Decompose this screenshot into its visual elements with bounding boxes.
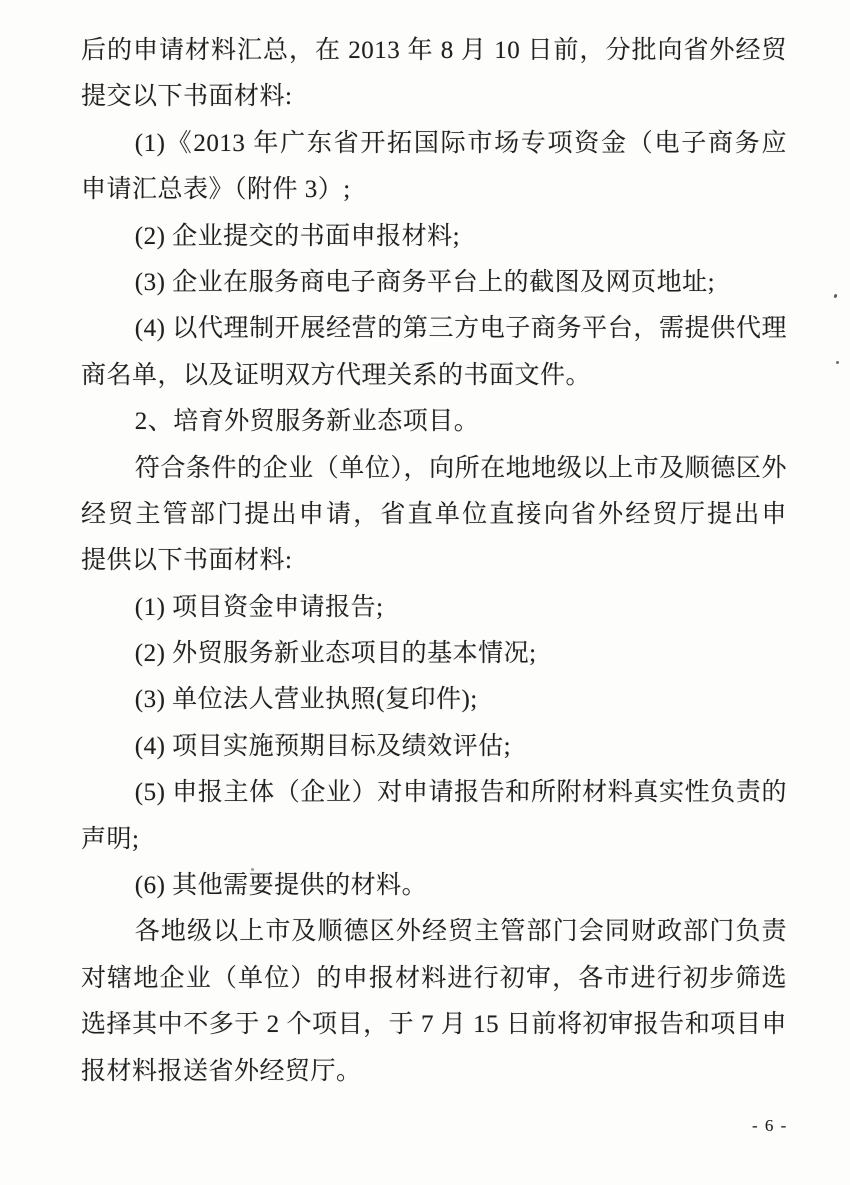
text-line: (3) 单位法人营业执照(复印件); <box>81 677 787 723</box>
scan-speck <box>251 868 254 871</box>
text-line: (5) 申报主体（企业）对申请报告和所附材料真实性负责的 <box>81 770 787 816</box>
scan-speck <box>833 294 837 299</box>
text-line: 选择其中不多于 2 个项目，于 7 月 15 日前将初审报告和项目申 <box>81 1002 787 1048</box>
text-line: 提交以下书面材料: <box>81 74 787 120</box>
text-line: 各地级以上市及顺德区外经贸主管部门会同财政部门负责 <box>81 909 787 955</box>
text-line: (6) 其他需要提供的材料。 <box>81 863 787 909</box>
text-line: 2、培育外贸服务新业态项目。 <box>81 399 787 445</box>
scan-speck <box>836 361 839 364</box>
document-body: 后的申请材料汇总，在 2013 年 8 月 10 日前，分批向省外经贸厅 提交以… <box>81 28 787 1095</box>
text-line: 符合条件的企业（单位），向所在地地级以上市及顺德区外 <box>81 446 787 492</box>
text-line: (2) 外贸服务新业态项目的基本情况; <box>81 631 787 677</box>
page-number: - 6 - <box>752 1116 788 1136</box>
text-line: 提供以下书面材料: <box>81 538 787 584</box>
text-line: 后的申请材料汇总，在 2013 年 8 月 10 日前，分批向省外经贸厅 <box>81 28 787 74</box>
text-line: (2) 企业提交的书面申报材料; <box>81 214 787 260</box>
text-line: (4) 项目实施预期目标及绩效评估; <box>81 724 787 770</box>
text-line: 报材料报送省外经贸厅。 <box>81 1049 787 1095</box>
text-line: (4) 以代理制开展经营的第三方电子商务平台，需提供代理 <box>81 306 787 352</box>
text-line: 商名单，以及证明双方代理关系的书面文件。 <box>81 353 787 399</box>
text-line: (1) 项目资金申请报告; <box>81 585 787 631</box>
text-line: 经贸主管部门提出申请，省直单位直接向省外经贸厅提出申请， <box>81 492 787 538</box>
text-line: (3) 企业在服务商电子商务平台上的截图及网页地址; <box>81 260 787 306</box>
text-line: 对辖地企业（单位）的申报材料进行初审，各市进行初步筛选后 <box>81 956 787 1002</box>
text-line: (1)《2013 年广东省开拓国际市场专项资金（电子商务应用） <box>81 121 787 167</box>
text-line: 声明; <box>81 817 787 863</box>
text-line: 申请汇总表》（附件 3）; <box>81 167 787 213</box>
document-page: 后的申请材料汇总，在 2013 年 8 月 10 日前，分批向省外经贸厅 提交以… <box>0 0 850 1185</box>
